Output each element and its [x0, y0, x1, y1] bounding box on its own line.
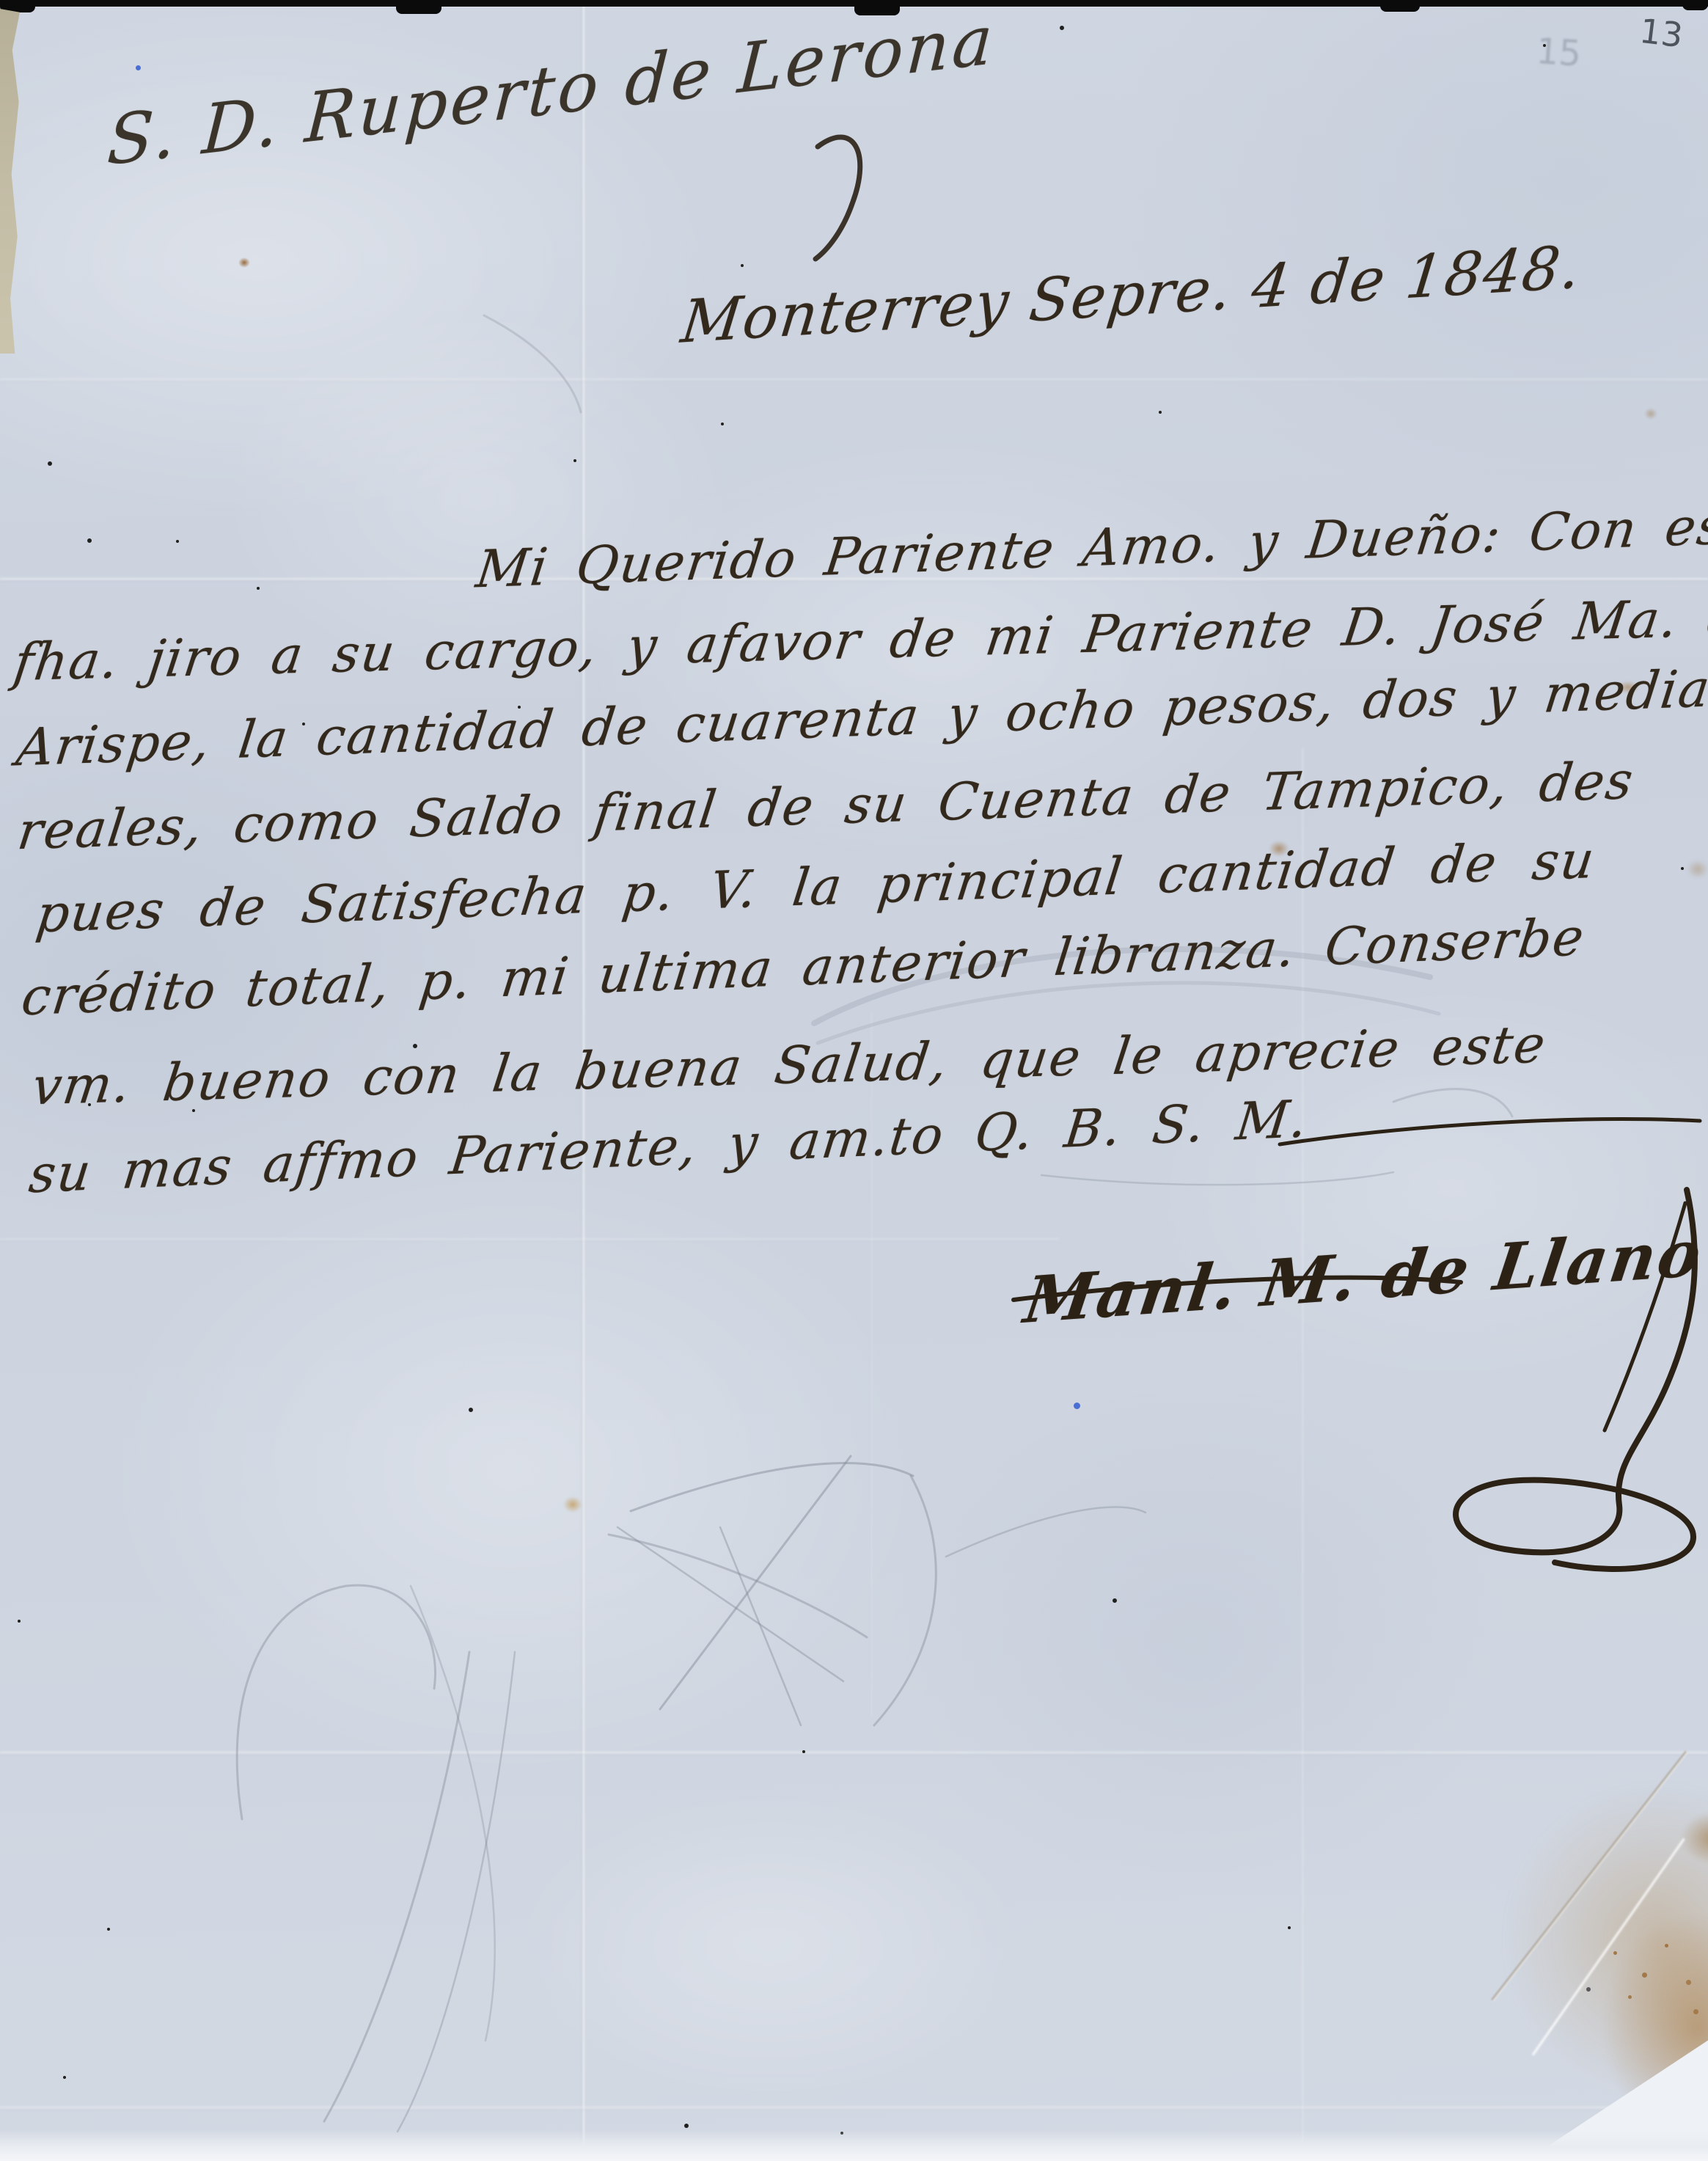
dateline: Monterrey Sepre. 4 de 1848. — [678, 233, 1585, 356]
signature: Manl. M. de Llano — [1020, 1215, 1708, 1338]
blue-ink-dots — [136, 65, 141, 70]
stain-freckles — [1613, 1951, 1617, 1955]
body-line-1: Mi Querido Pariente Amo. y Dueño: Con es… — [473, 494, 1708, 599]
scan-edge-mark — [1380, 0, 1420, 12]
horizontal-fold-crease — [0, 2107, 1708, 2110]
scan-edge-mark — [854, 0, 900, 15]
letter-scan-page: S. D. Ruperto de Lerona Monterrey Sepre.… — [0, 0, 1708, 2161]
torn-paper-edge-left — [0, 9, 20, 354]
horizontal-fold-crease — [0, 1752, 1708, 1755]
paper-edge-bottom — [0, 2130, 1708, 2161]
foxing-stain — [1644, 408, 1657, 420]
foxing-stain — [563, 1496, 582, 1513]
scan-edge-mark — [396, 0, 441, 14]
address-line: S. D. Ruperto de Lerona — [105, 0, 997, 180]
body-line-7: vm. bueno con la buena Salud, que le apr… — [29, 1014, 1550, 1116]
horizontal-fold-crease — [0, 1238, 1059, 1242]
scan-edge-mark — [1682, 0, 1708, 10]
horizontal-fold-crease — [0, 379, 1708, 382]
foxing-stain — [238, 257, 250, 268]
foxing-stain — [1687, 860, 1708, 879]
pencil-annotation-13: 13 — [1638, 11, 1685, 56]
pencil-annotation-15: 15 — [1535, 31, 1583, 75]
